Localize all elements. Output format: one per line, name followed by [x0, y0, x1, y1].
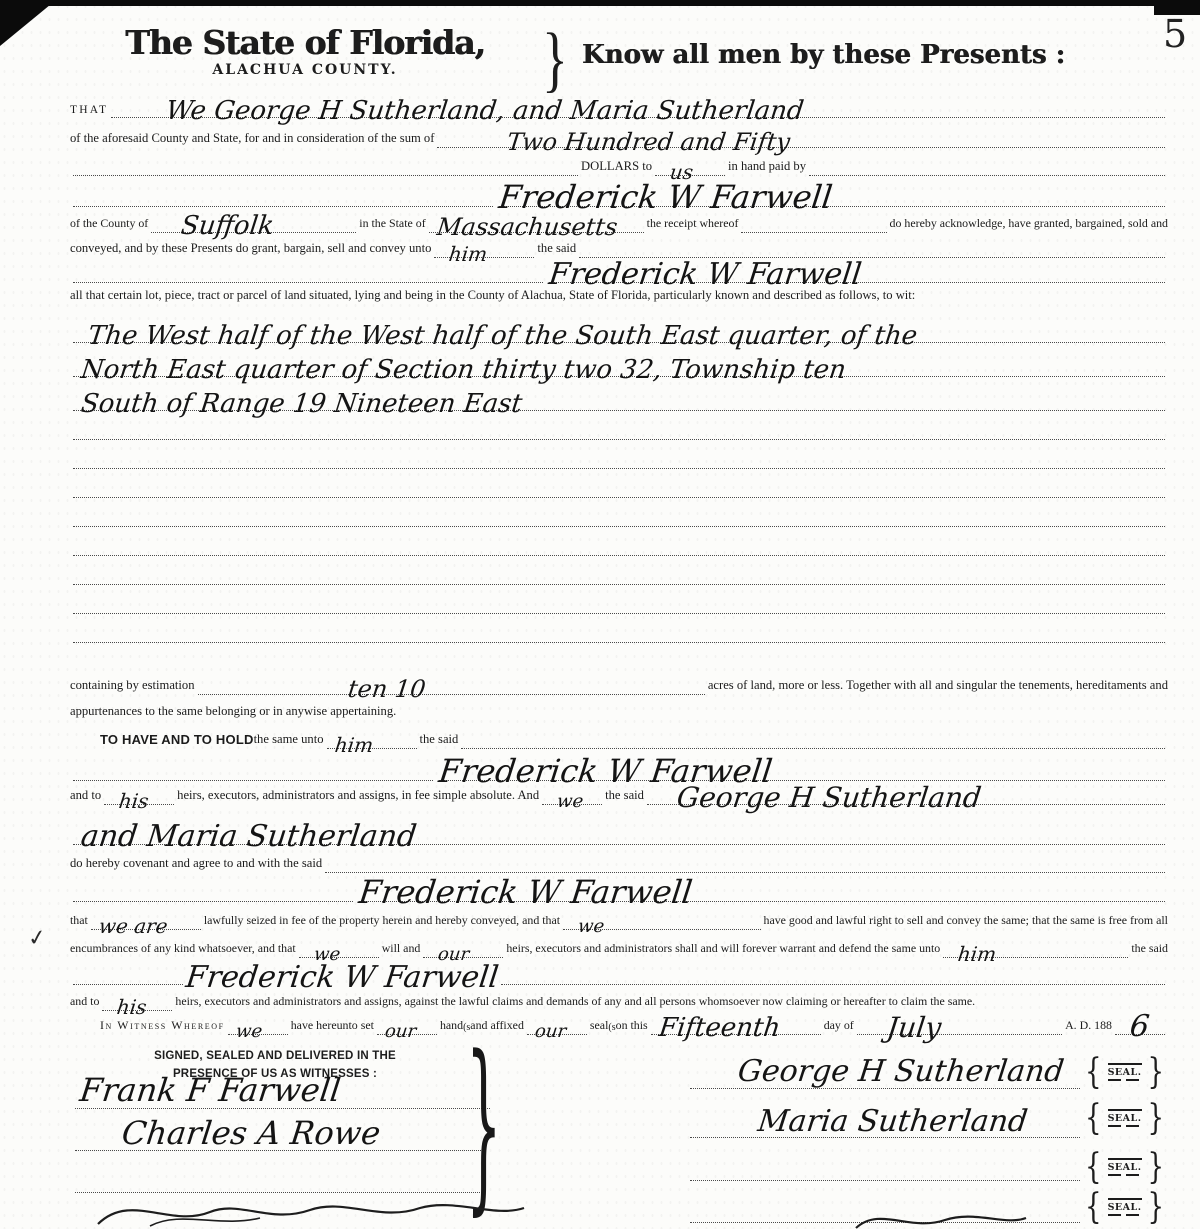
description-rule-1: The West half of the West half of the So…	[73, 326, 1165, 343]
state-header-block: The State of Florida, ALACHUA COUNTY.	[70, 26, 540, 78]
seal-brace-right: }	[1148, 1100, 1165, 1135]
heirs-label-1: heirs, executors, administrators and ass…	[177, 788, 539, 805]
our-handwriting-3: our	[534, 1025, 567, 1039]
we-blank-3: we	[299, 948, 379, 958]
county-label: of the County of	[70, 216, 148, 233]
seal-text: SEAL.	[1108, 1067, 1142, 1078]
encumbrances-label: encumbrances of any kind whatsoever, and…	[70, 941, 296, 958]
seal-brace-left: {	[1085, 1189, 1102, 1224]
acres-label: acres of land, more or less. Together wi…	[708, 678, 1168, 695]
description-rule-2: North East quarter of Section thirty two…	[73, 360, 1165, 377]
payer-blank: Frederick W Farwell	[499, 185, 1165, 207]
witness-signature-2: Charles A Rowe	[120, 1121, 381, 1147]
grantee-blank-2: Frederick W Farwell	[439, 759, 1165, 781]
line-maria: and Maria Sutherland	[70, 805, 1168, 845]
seal-brace-left: {	[1085, 1100, 1102, 1135]
dollars-label: DOLLARS to	[581, 159, 652, 176]
description-rule-3: South of Range 19 Nineteen East	[73, 394, 1165, 411]
presents-heading: Know all men by these Presents :	[582, 40, 1065, 70]
month-blank: July	[857, 1017, 1062, 1035]
his-blank-2: his	[102, 999, 172, 1011]
us-blank: us	[655, 164, 725, 176]
grantor-handwriting-2: and Maria Sutherland	[80, 825, 418, 849]
blank-rule	[73, 584, 1165, 585]
state-label: in the State of	[359, 216, 425, 233]
line-to-have: TO HAVE AND TO HOLD the same unto him th…	[70, 721, 1168, 749]
seal-stamp-2: { SEAL. }	[1085, 1105, 1164, 1131]
acreage-blank: ten 10	[198, 680, 705, 695]
blank-rule	[73, 642, 1165, 643]
we-are-handwriting: we are	[98, 918, 169, 934]
lawful-right-label: have good and lawful right to sell and c…	[764, 913, 1169, 930]
seal-core: SEAL.	[1105, 1197, 1145, 1218]
hand-label: hand	[440, 1018, 463, 1035]
seal-rule-top	[1108, 1109, 1142, 1111]
we-handwriting-1: we	[556, 795, 584, 809]
claims-label: heirs, executors and administrators and …	[175, 994, 975, 1011]
county-subtitle: ALACHUA COUNTY.	[70, 62, 540, 78]
lead-rule	[73, 780, 433, 781]
seal-stamp-3: { SEAL. }	[1085, 1154, 1164, 1180]
seal-stamp-1: { SEAL. }	[1085, 1059, 1164, 1085]
the-said-label-3: the said	[605, 788, 644, 805]
year-blank: 6	[1115, 1015, 1165, 1035]
description-line-1: The West half of the West half of the So…	[70, 305, 1168, 343]
blank-rule	[73, 526, 1165, 527]
cutoff-handwriting-right	[850, 1210, 1030, 1229]
grantee-handwriting-4: Frederick W Farwell	[185, 966, 500, 990]
grantee-handwriting-1: Frederick W Farwell	[548, 263, 863, 287]
plural-mark-2: (s	[608, 1022, 615, 1035]
signature-rule-2	[690, 1137, 1080, 1138]
line-grantee-4: Frederick W Farwell	[70, 958, 1168, 985]
containing-label: containing by estimation	[70, 678, 195, 695]
blank-rule	[73, 468, 1165, 469]
signature-rule-1	[690, 1088, 1080, 1089]
witness-whereof-label: In Witness Whereof	[100, 1018, 225, 1035]
ruled-blank-line	[70, 440, 1168, 469]
line-containing: containing by estimation ten 10 acres of…	[70, 665, 1168, 695]
paid-by-label: in hand paid by	[728, 159, 806, 176]
seal-rule-top	[1108, 1198, 1142, 1200]
and-to-label-1: and to	[70, 788, 101, 805]
will-and-label: will and	[382, 941, 421, 958]
on-this-label: on this	[616, 1018, 648, 1035]
seal-core: SEAL.	[1105, 1157, 1145, 1178]
day-of-label: day of	[824, 1018, 854, 1035]
month-handwriting: July	[885, 1017, 942, 1039]
state-title: The State of Florida,	[70, 26, 540, 61]
amount-handwriting: Two Hundred and Fifty	[506, 133, 791, 152]
grantor-blank-1: George H Sutherland	[647, 787, 1165, 805]
grantors-handwriting: We George H Sutherland, and Maria Suther…	[165, 101, 805, 122]
cutoff-handwriting-left	[90, 1198, 530, 1228]
day-blank: Fifteenth	[651, 1018, 821, 1035]
state-blank: Massachusetts	[429, 218, 644, 233]
description-handwriting-2: North East quarter of Section thirty two…	[80, 360, 847, 381]
seal-word-label: seal	[590, 1018, 609, 1035]
lead-rule	[73, 175, 578, 176]
him-blank-2: him	[327, 737, 417, 749]
description-handwriting-1: The West half of the West half of the So…	[87, 326, 919, 347]
we-blank-4: we	[228, 1025, 288, 1035]
ruled-blank-line	[70, 527, 1168, 556]
seal-brace-left: {	[1085, 1054, 1102, 1089]
grantors-blank: We George H Sutherland, and Maria Suther…	[111, 101, 1165, 118]
line-encumbrances: encumbrances of any kind whatsoever, and…	[70, 930, 1168, 958]
day-handwriting: Fifteenth	[657, 1018, 781, 1039]
that-label-2: that	[70, 913, 88, 930]
witness-signature-1: Frank F Farwell	[78, 1078, 341, 1104]
year-label: A. D. 188	[1065, 1018, 1112, 1035]
blank-rule	[73, 439, 1165, 440]
trailing-rule	[461, 748, 1165, 749]
seal-brace-right: }	[1148, 1189, 1165, 1224]
set-label: have hereunto set	[291, 1018, 374, 1035]
him-blank-3: him	[943, 946, 1128, 958]
state-handwriting: Massachusetts	[435, 218, 618, 237]
that-label: THAT	[70, 104, 108, 118]
header-brace: }	[542, 22, 568, 95]
seal-core: SEAL.	[1105, 1062, 1145, 1083]
seal-rule-bottom	[1108, 1079, 1142, 1081]
conveyed-label: conveyed, and by these Presents do grant…	[70, 241, 431, 258]
grantor-signature-2: Maria Sutherland	[757, 1110, 1029, 1134]
our-blank-3: our	[527, 1025, 587, 1035]
year-handwriting: 6	[1129, 1015, 1151, 1039]
grantee-handwriting-3: Frederick W Farwell	[357, 880, 693, 906]
seal-text: SEAL.	[1108, 1202, 1142, 1213]
grantee-blank-3: Frederick W Farwell	[359, 880, 1165, 902]
appurtenances-label: appurtenances to the same belonging or i…	[70, 704, 396, 721]
seal-stamp-4: { SEAL. }	[1085, 1194, 1164, 1220]
the-said-label-2: the said	[420, 732, 459, 749]
trailing-rule	[809, 175, 1165, 176]
the-said-label-1: the said	[537, 241, 576, 258]
county-blank: Suffolk	[151, 216, 356, 233]
blank-rule	[73, 555, 1165, 556]
our-blank-2: our	[377, 1025, 437, 1035]
description-handwriting-3: South of Range 19 Nineteen East	[80, 394, 524, 415]
payer-handwriting: Frederick W Farwell	[497, 185, 833, 211]
scan-corner-artifact	[0, 0, 56, 46]
line-payer: Frederick W Farwell	[70, 176, 1168, 207]
receipt-label: the receipt whereof	[647, 216, 739, 233]
we-handwriting-4: we	[235, 1025, 263, 1039]
witness-heading-line1: SIGNED, SEALED AND DELIVERED IN THE	[80, 1048, 470, 1066]
trailing-rule	[501, 984, 1165, 985]
line-appurtenances: appurtenances to the same belonging or i…	[70, 695, 1168, 721]
seal-brace-right: }	[1148, 1149, 1165, 1184]
line-witness-whereof: In Witness Whereof we have hereunto set …	[70, 1011, 1168, 1035]
seal-brace-left: {	[1085, 1149, 1102, 1184]
and-to-label-2: and to	[70, 994, 99, 1011]
him-handwriting-3: him	[957, 946, 997, 962]
lead-rule	[73, 901, 353, 902]
our-blank-1: our	[423, 948, 503, 958]
witness-brace: }	[466, 1036, 502, 1221]
acknowledge-label: do hereby acknowledge, have granted, bar…	[890, 216, 1168, 233]
grantor-handwriting-1: George H Sutherland	[676, 787, 983, 809]
him-blank-1: him	[434, 246, 534, 258]
seal-rule-top	[1108, 1063, 1142, 1065]
his-blank-1: his	[104, 793, 174, 805]
we-handwriting-2: we	[577, 920, 605, 934]
grantor-signature-1: George H Sutherland	[737, 1060, 1066, 1084]
lead-rule	[73, 984, 183, 985]
ruled-blank-line	[70, 556, 1168, 585]
our-handwriting-2: our	[384, 1025, 417, 1039]
we-blank-1: we	[542, 795, 602, 805]
to-have-label: TO HAVE AND TO HOLD	[100, 732, 254, 749]
witness-rule-1	[75, 1108, 490, 1109]
lead-rule	[73, 282, 543, 283]
grantor-rule-2: and Maria Sutherland	[73, 825, 1165, 845]
grantee-blank-1: Frederick W Farwell	[549, 263, 1165, 283]
deed-document-page: 5 ✓ The State of Florida, ALACHUA COUNTY…	[0, 0, 1200, 1229]
line-grantee-2: Frederick W Farwell	[70, 749, 1168, 781]
ruled-blank-line	[70, 469, 1168, 498]
line-grantee-1: Frederick W Farwell	[70, 258, 1168, 283]
seized-label: lawfully seized in fee of the property h…	[204, 913, 560, 930]
seal-rule-bottom	[1108, 1125, 1142, 1127]
him-handwriting-2: him	[334, 737, 374, 753]
seal-rule-bottom	[1108, 1174, 1142, 1176]
line-grantee-3: Frederick W Farwell	[70, 873, 1168, 902]
ruled-blank-line	[70, 585, 1168, 614]
witness-rule-2	[75, 1150, 485, 1151]
lead-rule	[73, 206, 493, 207]
signature-section: SIGNED, SEALED AND DELIVERED IN THE PRES…	[0, 1042, 1200, 1229]
we-blank-2: we	[563, 920, 760, 930]
acreage-handwriting: ten 10	[346, 680, 426, 699]
amount-blank: Two Hundred and Fifty	[437, 133, 1165, 148]
document-header: The State of Florida, ALACHUA COUNTY. } …	[70, 26, 1168, 86]
him-handwriting-1: him	[448, 246, 488, 262]
consideration-label: of the aforesaid County and State, for a…	[70, 131, 434, 148]
the-said-label-4: the said	[1131, 941, 1168, 958]
margin-checkmark: ✓	[26, 925, 48, 952]
deed-content: The State of Florida, ALACHUA COUNTY. } …	[70, 0, 1168, 1035]
receipt-rule	[741, 232, 886, 233]
seal-rule-top	[1108, 1158, 1142, 1160]
seal-core: SEAL.	[1105, 1108, 1145, 1129]
blank-rule	[73, 497, 1165, 498]
his-handwriting-2: his	[116, 999, 148, 1015]
line-grantors: THAT We George H Sutherland, and Maria S…	[70, 86, 1168, 118]
witness-rule-3	[75, 1192, 480, 1193]
ruled-blank-line	[70, 498, 1168, 527]
warrant-label: heirs, executors and administrators shal…	[506, 941, 940, 958]
we-are-blank: we are	[91, 918, 201, 930]
same-unto-label: the same unto	[254, 732, 324, 749]
his-handwriting-1: his	[118, 793, 150, 809]
county-handwriting: Suffolk	[180, 216, 275, 237]
seal-brace-right: }	[1148, 1054, 1165, 1089]
ruled-blank-line	[70, 614, 1168, 643]
covenant-label: do hereby covenant and agree to and with…	[70, 856, 322, 873]
signature-rule-3	[690, 1180, 1080, 1181]
seal-text: SEAL.	[1108, 1113, 1142, 1124]
blank-rule	[73, 613, 1165, 614]
seal-text: SEAL.	[1108, 1162, 1142, 1173]
seal-rule-bottom	[1108, 1214, 1142, 1216]
